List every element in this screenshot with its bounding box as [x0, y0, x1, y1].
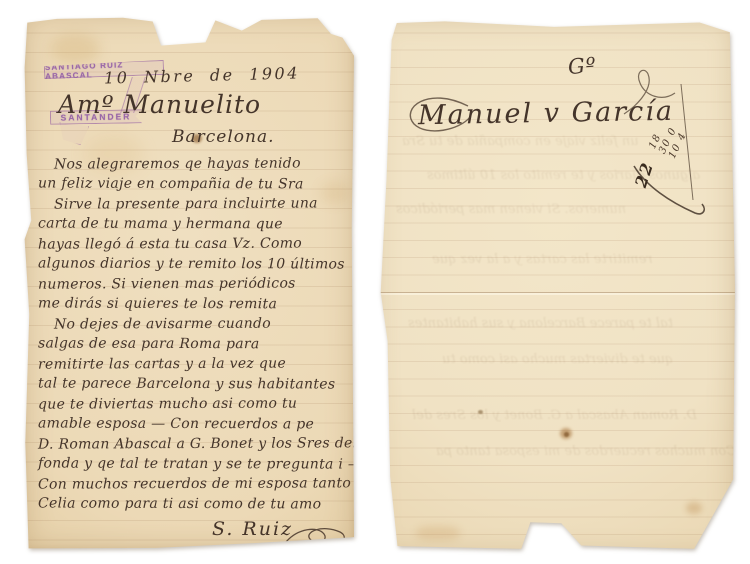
stain	[564, 432, 569, 437]
letter-body-line: fonda y qe tal te tratan y se te pregunt…	[30, 455, 352, 476]
bleedthrough-text: tal te parece Barcelona y sus habitantes	[408, 316, 673, 331]
letter-body-line: tal te parece Barcelona y sus habitantes	[30, 375, 352, 396]
signature-flourish	[282, 522, 352, 550]
letter-body: Nos alegraremos qe hayas tenido un feliz…	[30, 156, 352, 516]
bleedthrough-text: algunos diarios y te remito los 10 últim…	[427, 168, 700, 183]
stain	[560, 428, 572, 439]
letter-body-line: remitirte las cartas y a la vez que	[30, 355, 352, 376]
letter-body-line: hayas llegó á esta tu casa Vz. Como	[30, 235, 352, 256]
letter-body-line: No dejes de avisarme cuando	[30, 315, 352, 336]
stain	[686, 502, 702, 514]
stain	[416, 526, 460, 540]
letter-page-2: un feliz viaje en compañia de tu Sra alg…	[372, 16, 736, 558]
destination-city-line: Barcelona.	[172, 127, 275, 147]
letter-body-line: salgas de esa para Roma para	[30, 335, 352, 356]
paraph-mark: Gº	[567, 53, 597, 79]
addressee-name: Manuel v García	[418, 96, 674, 131]
salutation-line: Amº Manuelito	[58, 90, 261, 119]
letter-page-1-sheet: SANTIAGO RUIZ ABASCAL SANTANDER 10 Nbre …	[24, 14, 354, 550]
fold-crease	[372, 292, 736, 295]
bleedthrough-text: numeros. Si vienen mas periódicos	[396, 202, 626, 217]
letter-body-line: que te diviertas mucho asi como tu	[30, 395, 352, 416]
date-line: 10 Nbre de 1904	[104, 63, 300, 87]
letter-body-line: carta de tu mama y hermana que	[30, 215, 352, 236]
stain	[478, 410, 483, 414]
bleedthrough-text: D. Roman Abascal a G. Bonet y los Sres d…	[412, 408, 697, 423]
letter-body-line: numeros. Si vienen mas periódicos	[30, 275, 352, 296]
letter-page-2-sheet: un feliz viaje en compañia de tu Sra alg…	[372, 16, 736, 558]
letter-body-line: me dirás si quieres te los remita	[30, 295, 352, 316]
signature-line: S. Ruiz	[212, 518, 293, 540]
bleedthrough-text: remitirte las cartas y a la vez que	[432, 252, 653, 267]
letter-body-line: D. Roman Abascal a G. Bonet y los Sres d…	[30, 435, 352, 456]
bleedthrough-text: que te diviertas mucho asi como tu	[442, 352, 673, 367]
letter-body-line: amable esposa — Con recuerdos a pe	[30, 415, 352, 436]
letter-body-line: Nos alegraremos qe hayas tenido	[30, 155, 352, 176]
bleedthrough-text: Con muchos recuerdos de mi esposa tanto …	[436, 444, 736, 459]
letter-body-line: Sirve la presente para incluirte una	[30, 195, 352, 216]
bleedthrough-text: un feliz viaje en compañia de tu Sra	[402, 134, 639, 149]
letter-body-line: un feliz viaje en compañia de tu Sra	[30, 175, 352, 196]
stamp-ribbon-tail	[57, 122, 89, 146]
scanned-letter-canvas: SANTIAGO RUIZ ABASCAL SANTANDER 10 Nbre …	[0, 0, 750, 564]
letter-body-line: Con muchos recuerdos de mi esposa tanto …	[30, 475, 352, 496]
letter-body-line: algunos diarios y te remito los 10 últim…	[30, 255, 352, 276]
letter-body-line: Celia como para ti asi como de tu amo	[30, 495, 352, 516]
letter-page-1: SANTIAGO RUIZ ABASCAL SANTANDER 10 Nbre …	[24, 14, 354, 550]
